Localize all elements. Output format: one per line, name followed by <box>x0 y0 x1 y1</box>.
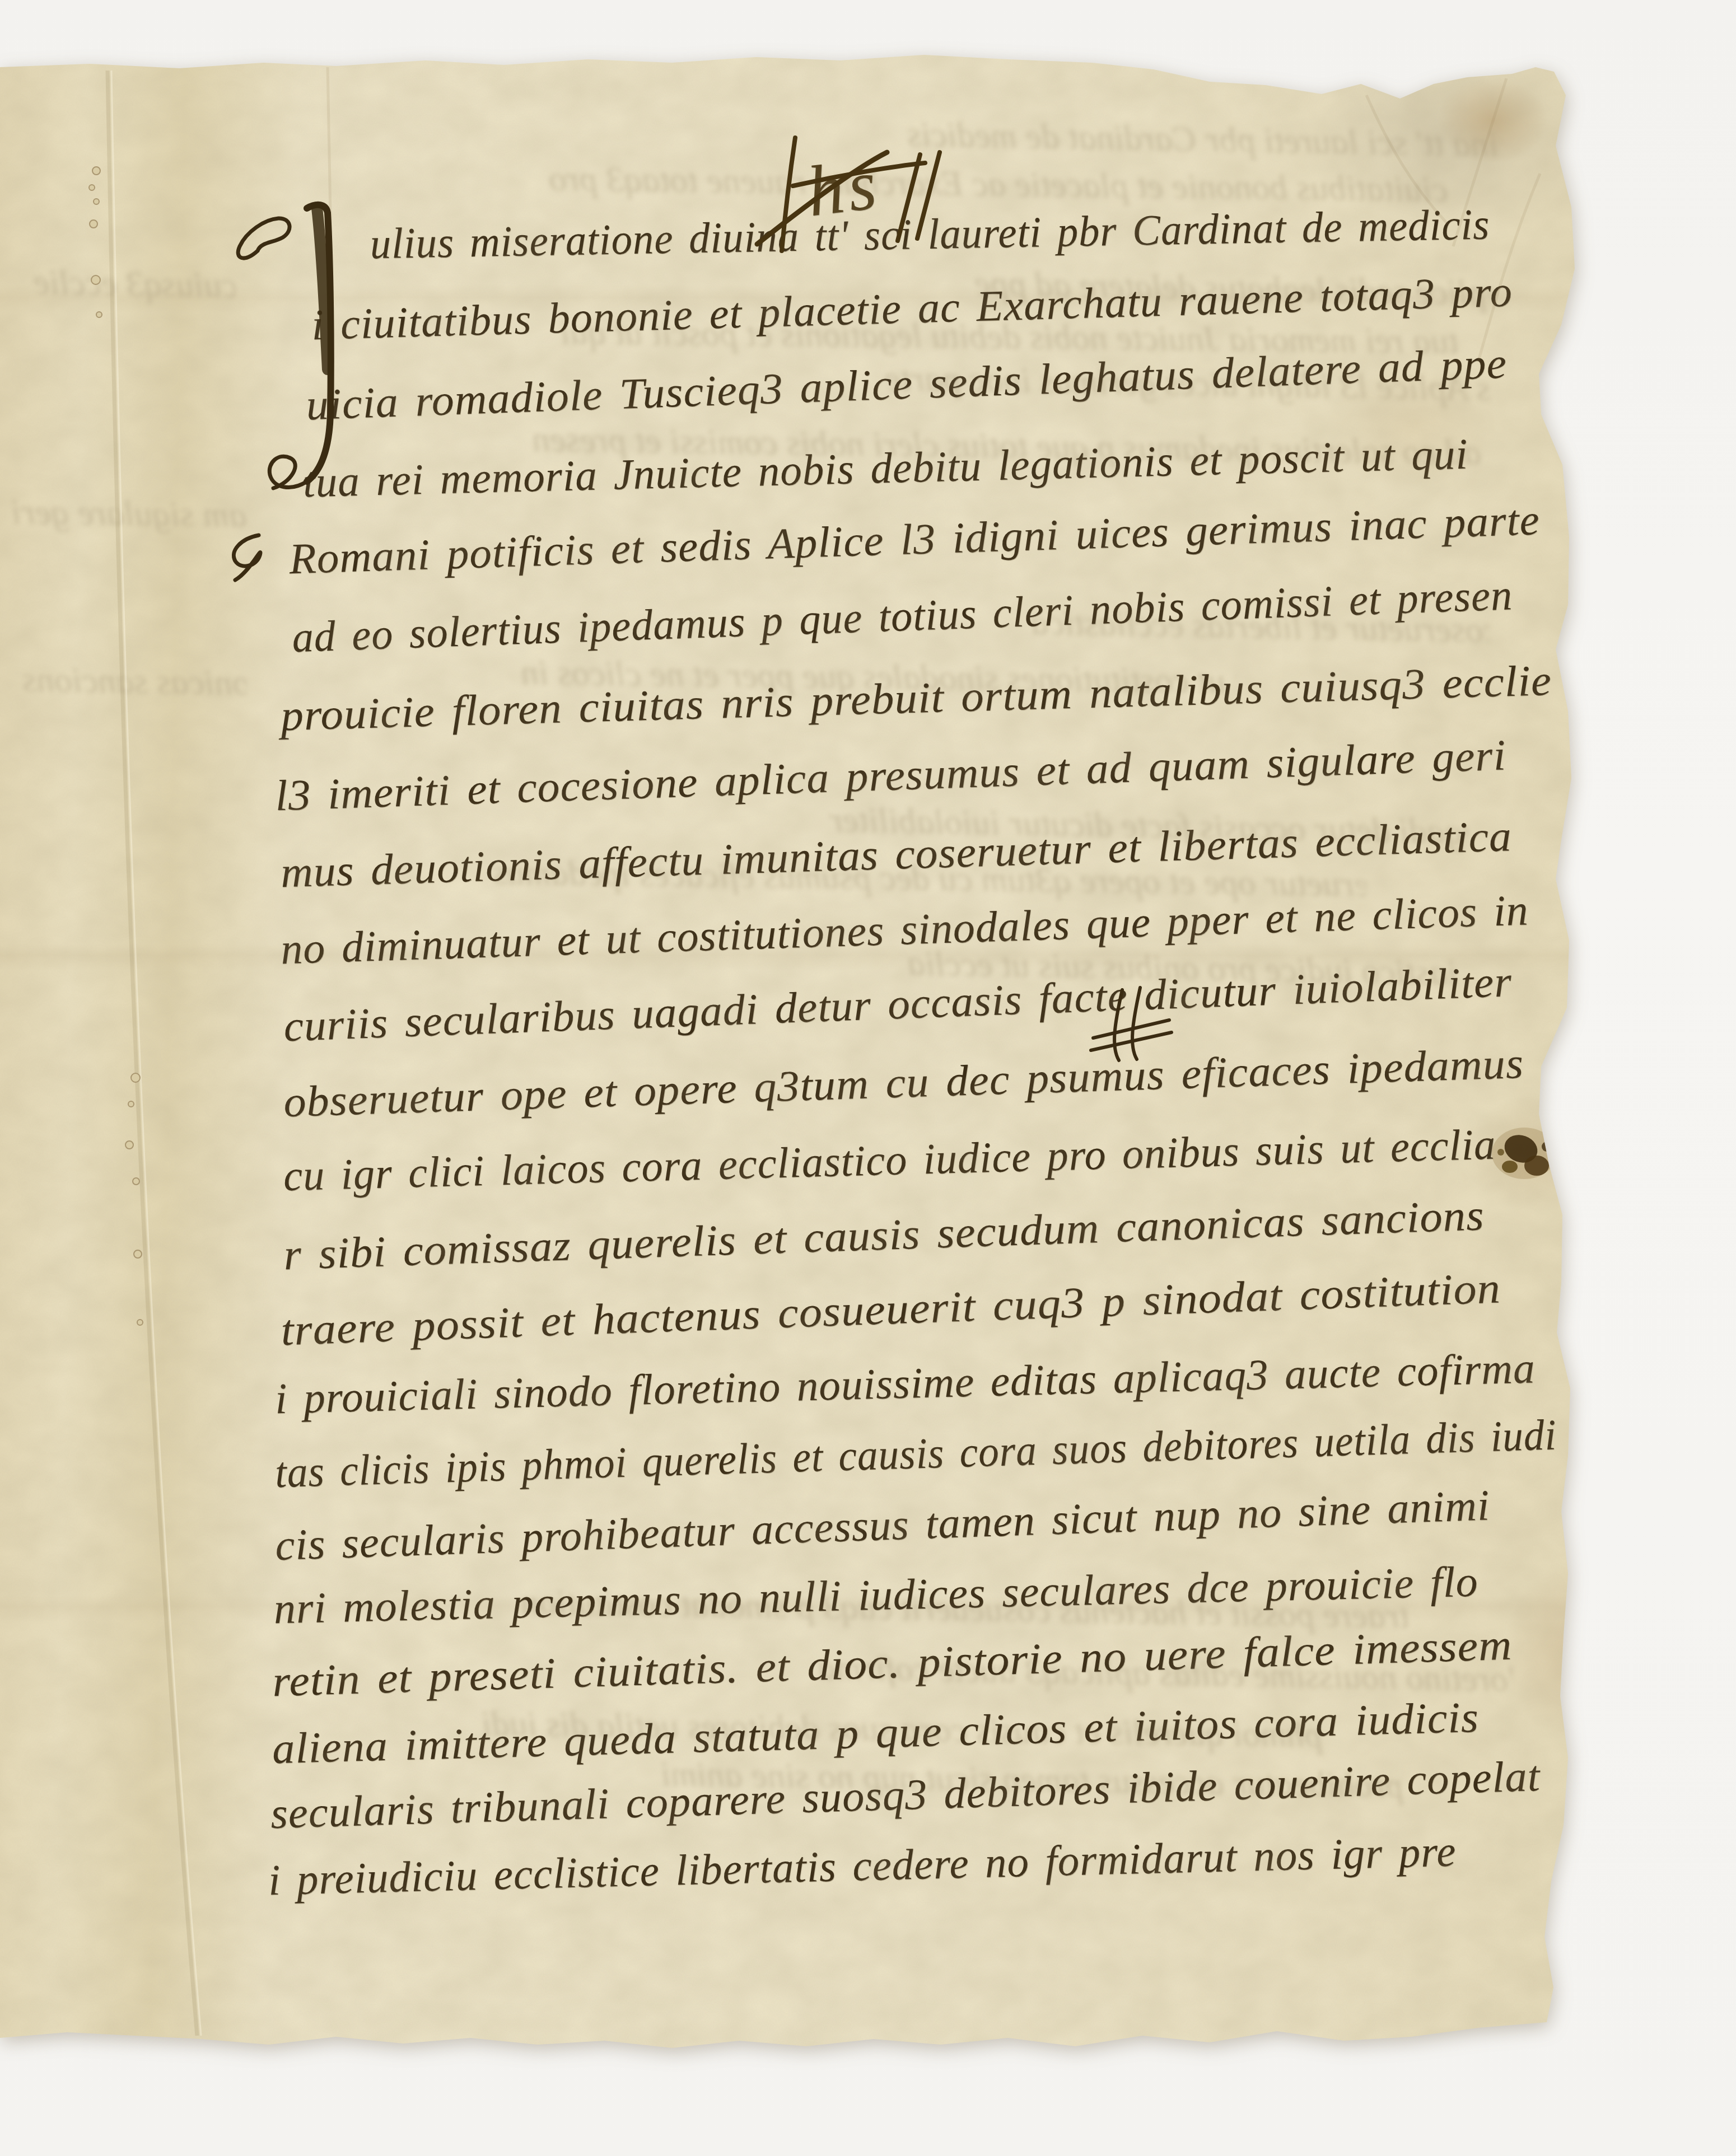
manuscript-line-6: ad eo solertius ipedamus p que totius cl… <box>291 570 1513 663</box>
manuscript-line-12: obseruetur ope et opere q3tum cu dec psu… <box>283 1039 1524 1128</box>
manuscript-line-18: cis secularis prohibeatur accessus tamen… <box>274 1481 1491 1571</box>
manuscript-line-2: i ciuitatibus bononie et placetie ac Exa… <box>311 267 1513 350</box>
manuscript-line-13: cu igr clici laicos cora eccliastico iud… <box>283 1120 1496 1201</box>
manuscript-line-3: uicia romadiole Tuscieq3 aplice sedis le… <box>305 339 1508 431</box>
scanned-manuscript-screenshot: { "page": { "title": "Latin manuscript l… <box>0 0 1736 2156</box>
manuscript-line-5: Romani potificis et sedis Aplice l3 idig… <box>288 495 1541 584</box>
paper-wrap: ulius miseratione diuina tt' sci laureti… <box>0 0 1736 2156</box>
manuscript-line-8: l3 imeriti et cocesione aplica presumus … <box>274 731 1507 821</box>
manuscript-line-7: prouicie floren ciuitas nris prebuit ort… <box>280 656 1552 742</box>
manuscript-line-11: curiis secularibus uagadi detur occasis … <box>283 957 1513 1053</box>
manuscript-line-1: ulius miseratione diuina tt' sci laureti… <box>370 200 1490 269</box>
manuscript-line-16: i prouiciali sinodo floretino nouissime … <box>274 1344 1536 1424</box>
invocation-monogram: hs <box>803 143 885 233</box>
manuscript-line-23: i preiudiciu ecclistice libertatis ceder… <box>268 1827 1457 1906</box>
manuscript-line-19: nri molestia pcepimus no nulli iudices s… <box>273 1557 1478 1634</box>
text-block: ulius miseratione diuina tt' sci laureti… <box>0 0 1736 2156</box>
manuscript-line-20: retin et preseti ciuitatis. et dioc. pis… <box>272 1620 1513 1707</box>
manuscript-line-15: traere possit et hactenus cosueuerit cuq… <box>280 1264 1501 1356</box>
manuscript-line-10: no diminuatur et ut costitutiones sinoda… <box>280 886 1529 975</box>
manuscript-line-14: r sibi comissaz querelis et causis secud… <box>283 1191 1485 1280</box>
manuscript-line-9: mus deuotionis affectu imunitas coseruet… <box>280 812 1513 898</box>
manuscript-line-4: tua rei memoria Jnuicte nobis debitu leg… <box>302 429 1469 508</box>
manuscript-page: ulius miseratione diuina tt' sci laureti… <box>0 0 1736 2156</box>
